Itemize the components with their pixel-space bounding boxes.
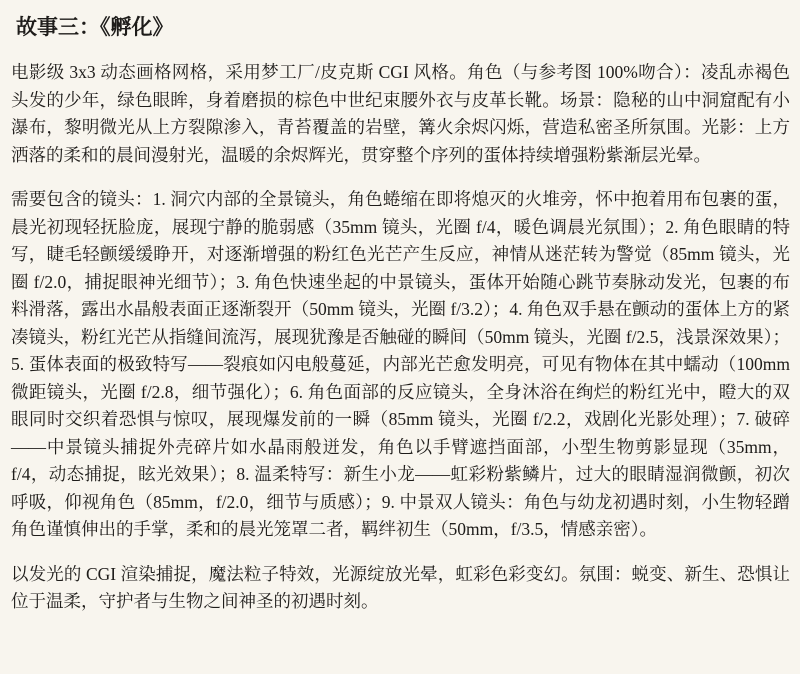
paragraph-style-overview: 电影级 3x3 动态画格网格，采用梦工厂/皮克斯 CGI 风格。角色（与参考图 … [11, 59, 790, 169]
paragraph-closing-atmosphere: 以发光的 CGI 渲染捕捉，魔法粒子特效，光源绽放光晕，虹彩色彩变幻。氛围：蜕变… [11, 561, 790, 616]
document-page: 故事三：《孵化》 电影级 3x3 动态画格网格，采用梦工厂/皮克斯 CGI 风格… [0, 0, 800, 674]
document-title: 故事三：《孵化》 [16, 13, 790, 41]
paragraph-shot-list: 需要包含的镜头：1. 洞穴内部的全景镜头，角色蜷缩在即将熄灭的火堆旁，怀中抱着用… [11, 186, 790, 544]
